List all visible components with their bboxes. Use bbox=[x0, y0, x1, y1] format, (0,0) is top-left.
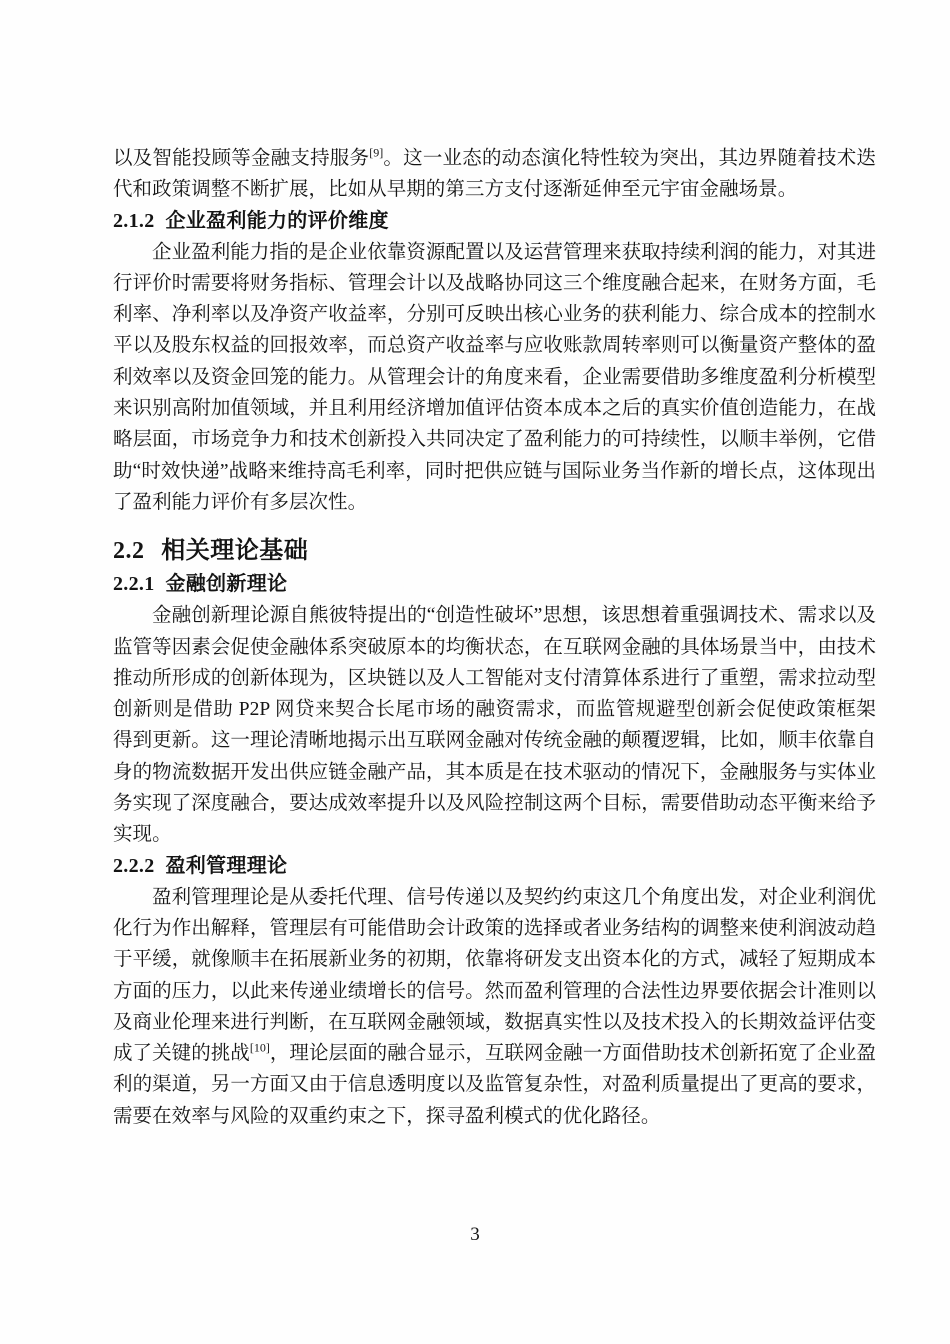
heading-2-2-2-number: 2.2.2 bbox=[113, 855, 155, 877]
heading-2-2-1-number: 2.2.1 bbox=[113, 573, 155, 595]
heading-2-2: 2.2相关理论基础 bbox=[113, 533, 876, 569]
heading-2-2-1: 2.2.1金融创新理论 bbox=[113, 569, 876, 600]
page-content: 以及智能投顾等金融支持服务[9]。这一业态的动态演化特性较为突出，其边界随着技术… bbox=[113, 143, 876, 1132]
paragraph-2-2-1: 金融创新理论源自熊彼特提出的“创造性破坏”思想，该思想着重强调技术、需求以及监管… bbox=[113, 600, 876, 850]
heading-2-2-1-title: 金融创新理论 bbox=[166, 573, 288, 595]
paragraph-2-2-2-text-before-footnote: 盈利管理理论是从委托代理、信号传递以及契约约束这几个角度出发，对企业利润优化行为… bbox=[113, 887, 876, 1064]
heading-2-2-title: 相关理论基础 bbox=[161, 538, 308, 564]
heading-2-2-number: 2.2 bbox=[113, 538, 145, 564]
intro-paragraph: 以及智能投顾等金融支持服务[9]。这一业态的动态演化特性较为突出，其边界随着技术… bbox=[113, 143, 876, 206]
page-number: 3 bbox=[0, 1222, 950, 1248]
heading-2-2-2-title: 盈利管理理论 bbox=[166, 855, 288, 877]
paragraph-2-2-2: 盈利管理理论是从委托代理、信号传递以及契约约束这几个角度出发，对企业利润优化行为… bbox=[113, 882, 876, 1132]
document-page: 以及智能投顾等金融支持服务[9]。这一业态的动态演化特性较为突出，其边界随着技术… bbox=[0, 0, 950, 1344]
intro-paragraph-text-before-footnote: 以及智能投顾等金融支持服务 bbox=[113, 148, 369, 169]
footnote-ref-10: [10] bbox=[250, 1041, 270, 1055]
paragraph-2-1-2: 企业盈利能力指的是企业依靠资源配置以及运营管理来获取持续利润的能力，对其进行评价… bbox=[113, 237, 876, 519]
heading-2-1-2-title: 企业盈利能力的评价维度 bbox=[166, 210, 389, 232]
heading-2-1-2-number: 2.1.2 bbox=[113, 210, 155, 232]
heading-2-1-2: 2.1.2企业盈利能力的评价维度 bbox=[113, 206, 876, 237]
footnote-ref-9: [9] bbox=[369, 146, 383, 160]
heading-2-2-2: 2.2.2盈利管理理论 bbox=[113, 851, 876, 882]
